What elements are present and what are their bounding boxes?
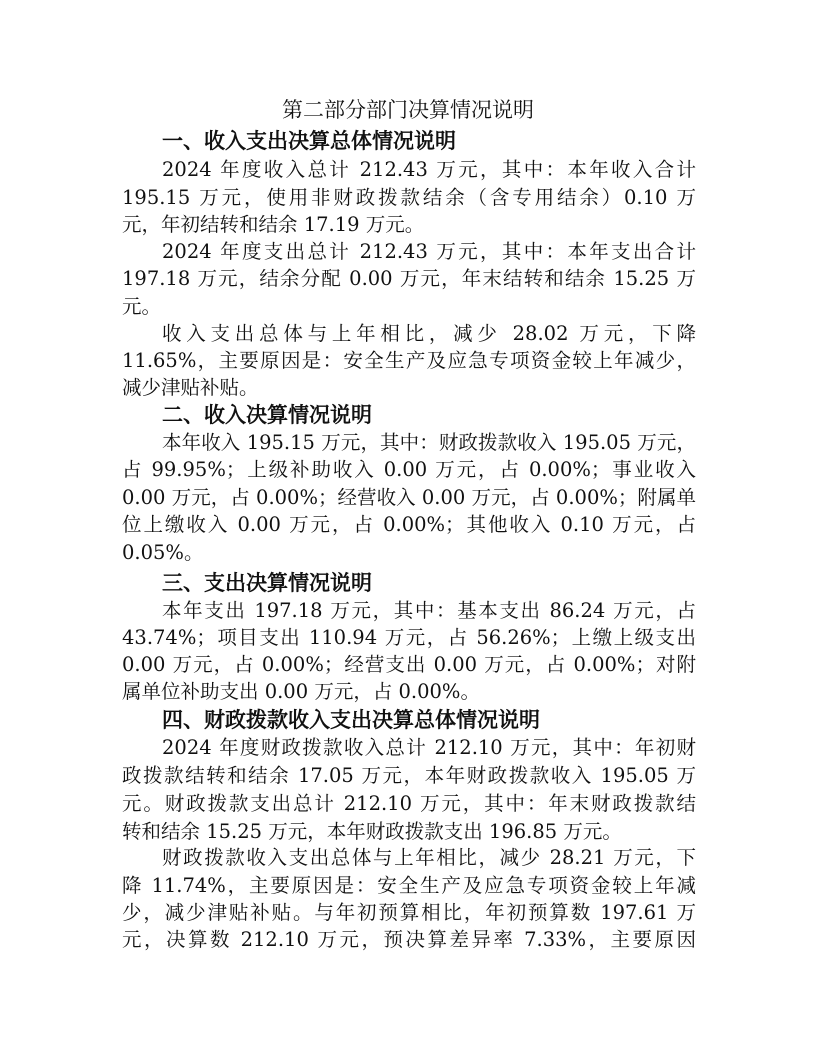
- paragraph-line: 占 99.95%；上级补助收入 0.00 万元，占 0.00%；事业收入: [122, 456, 696, 484]
- section-heading-2: 二、收入决算情况说明: [162, 401, 372, 429]
- paragraph-line: 本年收入 195.15 万元，其中：财政拨款收入 195.05 万元，: [162, 429, 696, 457]
- paragraph-line: 少，减少津贴补贴。与年初预算相比，年初预算数 197.61 万: [122, 899, 696, 927]
- paragraph-line: 43.74%；项目支出 110.94 万元，占 56.26%；上缴上级支出: [122, 624, 696, 652]
- paragraph-line: 11.65%，主要原因是：安全生产及应急专项资金较上年减少，: [122, 347, 696, 375]
- paragraph-line: 0.05%。: [122, 539, 696, 567]
- paragraph-line: 收入支出总体与上年相比，减少 28.02 万元，下降: [162, 320, 696, 348]
- paragraph-line: 0.00 万元，占 0.00%；经营支出 0.00 万元，占 0.00%；对附: [122, 651, 696, 679]
- paragraph-line: 减少津贴补贴。: [122, 374, 696, 402]
- paragraph-line: 元。: [122, 293, 696, 321]
- section-heading-3: 三、支出决算情况说明: [162, 569, 372, 597]
- paragraph-line: 财政拨款收入支出总体与上年相比，减少 28.21 万元，下: [162, 844, 696, 872]
- paragraph-line: 属单位补助支出 0.00 万元，占 0.00%。: [122, 678, 696, 706]
- paragraph-line: 2024 年度支出总计 212.43 万元，其中：本年支出合计: [162, 238, 696, 266]
- paragraph-line: 197.18 万元，结余分配 0.00 万元，年末结转和结余 15.25 万: [122, 265, 696, 293]
- paragraph-line: 位上缴收入 0.00 万元，占 0.00%；其他收入 0.10 万元，占: [122, 511, 696, 539]
- paragraph-line: 2024 年度财政拨款收入总计 212.10 万元，其中：年初财: [162, 734, 696, 762]
- paragraph-line: 元。财政拨款支出总计 212.10 万元，其中：年末财政拨款结: [122, 790, 696, 818]
- paragraph-line: 政拨款结转和结余 17.05 万元，本年财政拨款收入 195.05 万: [122, 762, 696, 790]
- paragraph-line: 转和结余 15.25 万元，本年财政拨款支出 196.85 万元。: [122, 818, 696, 846]
- paragraph-line: 元，决算数 212.10 万元，预决算差异率 7.33%，主要原因: [122, 926, 696, 954]
- paragraph-line: 2024 年度收入总计 212.43 万元，其中：本年收入合计: [162, 156, 696, 184]
- paragraph-line: 195.15 万元，使用非财政拨款结余（含专用结余）0.10 万: [122, 184, 696, 212]
- section-heading-4: 四、财政拨款收入支出决算总体情况说明: [162, 706, 540, 734]
- paragraph-line: 本年支出 197.18 万元，其中：基本支出 86.24 万元，占: [162, 597, 696, 625]
- page-title: 第二部分部门决算情况说明: [0, 96, 816, 124]
- section-heading-1: 一、收入支出决算总体情况说明: [162, 127, 456, 155]
- paragraph-line: 0.00 万元，占 0.00%；经营收入 0.00 万元，占 0.00%；附属单: [122, 484, 696, 512]
- paragraph-line: 元，年初结转和结余 17.19 万元。: [122, 211, 696, 239]
- document-page: 第二部分部门决算情况说明 一、收入支出决算总体情况说明 2024 年度收入总计 …: [0, 0, 816, 1056]
- paragraph-line: 降 11.74%，主要原因是：安全生产及应急专项资金较上年减: [122, 872, 696, 900]
